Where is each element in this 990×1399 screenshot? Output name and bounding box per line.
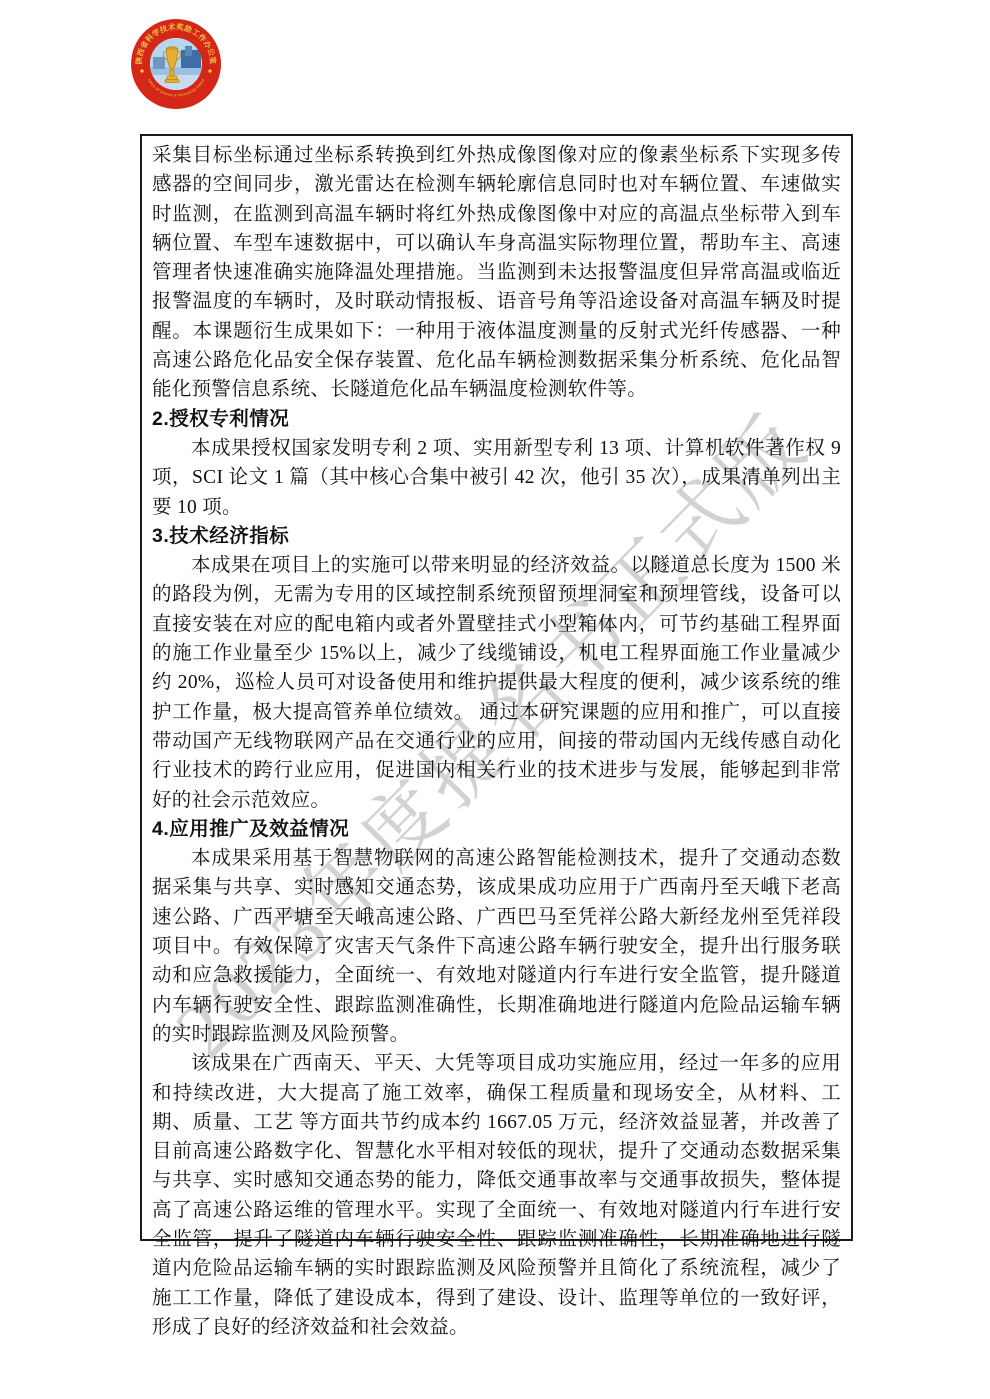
document-heading: 2.授权专利情况 — [152, 405, 841, 434]
content-cell: 采集目标坐标通过坐标系转换到红外热成像图像对应的像素坐标系下实现多传感器的空间同… — [140, 134, 853, 1241]
seal-icon: 陕西省科学技术奖励工作办公室 Office Of Science & Techn… — [129, 17, 223, 111]
award-office-seal-logo: 陕西省科学技术奖励工作办公室 Office Of Science & Techn… — [129, 17, 223, 111]
document-paragraph: 本成果在项目上的实施可以带来明显的经济效益。以隧道总长度为 1500 米的路段为… — [152, 551, 841, 815]
document-paragraph: 本成果采用基于智慧物联网的高速公路智能检测技术，提升了交通动态数据采集与共享、实… — [152, 844, 841, 1049]
document-paragraph: 该成果在广西南天、平天、大凭等项目成功实施应用，经过一年多的应用和持续改进，大大… — [152, 1049, 841, 1342]
document-heading: 4.应用推广及效益情况 — [152, 815, 841, 844]
document-page: 陕西省科学技术奖励工作办公室 Office Of Science & Techn… — [0, 0, 990, 1399]
document-paragraph: 采集目标坐标通过坐标系转换到红外热成像图像对应的像素坐标系下实现多传感器的空间同… — [152, 141, 841, 405]
document-paragraph: 本成果授权国家发明专利 2 项、实用新型专利 13 项、计算机软件著作权 9 项… — [152, 434, 841, 522]
document-body: 采集目标坐标通过坐标系转换到红外热成像图像对应的像素坐标系下实现多传感器的空间同… — [152, 141, 841, 1342]
document-heading: 3.技术经济指标 — [152, 522, 841, 551]
